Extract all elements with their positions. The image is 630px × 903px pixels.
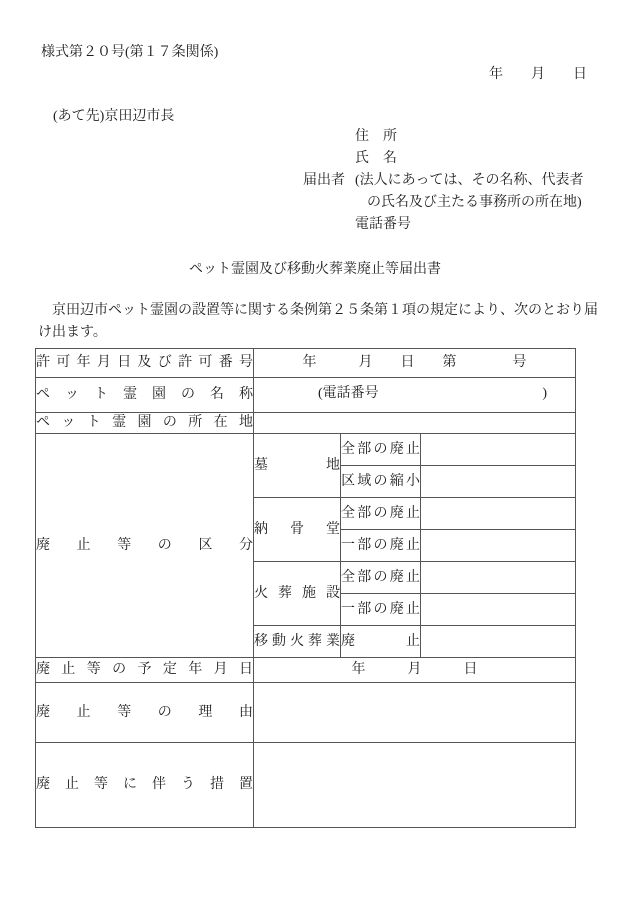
category-group-crematory-cell: 火 葬 施 設 <box>254 562 341 626</box>
cemetery-location-label-cell: ペ ッ ト 霊 園 の 所 在 地 <box>36 413 254 434</box>
date-line: 年 月 日 <box>489 66 587 84</box>
table-row-reason: 廃 止 等 の 理 由 <box>36 683 576 743</box>
declarant-name-line: 氏 名 <box>355 148 584 170</box>
measures-label-cell: 廃 止 等 に 伴 う 措 置 <box>36 743 254 828</box>
phone-open-text: (電話番号 <box>318 385 379 403</box>
cemetery-name-label-cell: ペ ッ ト 霊 園 の 名 称 <box>36 378 254 413</box>
table-row-scheduled-date: 廃 止 等 の 予 定 年 月 日 年 月 日 <box>36 658 576 683</box>
declarant-note-line-1: (法人にあっては、その名称、代表者 <box>355 170 584 192</box>
declarant-phone-line: 電話番号 <box>355 214 584 236</box>
table-row-cemetery-name: ペ ッ ト 霊 園 の 名 称 (電話番号 ) <box>36 378 576 413</box>
category-label-cell: 廃 止 等 の 区 分 <box>36 434 254 658</box>
phone-close-text: ) <box>542 385 547 403</box>
reason-label-cell: 廃 止 等 の 理 由 <box>36 683 254 743</box>
category-blank-cell-2 <box>421 466 576 498</box>
category-item-grave-full-cell: 全部の廃止 <box>341 434 421 466</box>
intro-paragraph: 京田辺市ペット霊園の設置等に関する条例第２５条第１項の規定により、次のとおり届 … <box>38 300 590 344</box>
category-blank-cell-4 <box>421 530 576 562</box>
declarant-note-line-2: の氏名及び主たる事務所の所在地) <box>367 192 584 214</box>
category-blank-cell-1 <box>421 434 576 466</box>
notification-table: 許 可 年 月 日 及 び 許 可 番 号 年 月 日 第 号 ペ ッ ト 霊 … <box>35 348 576 828</box>
intro-line-2: け出ます。 <box>38 322 590 344</box>
addressee: (あて先)京田辺市長 <box>53 108 174 126</box>
category-item-charnel-full-cell: 全部の廃止 <box>341 498 421 530</box>
table-row-permit: 許 可 年 月 日 及 び 許 可 番 号 年 月 日 第 号 <box>36 349 576 378</box>
category-blank-cell-7 <box>421 626 576 658</box>
category-group-charnel-cell: 納 骨 堂 <box>254 498 341 562</box>
scheduled-date-value-cell: 年 月 日 <box>254 658 576 683</box>
cemetery-location-value-cell <box>254 413 576 434</box>
document-page: 様式第２０号(第１７条関係) 年 月 日 (あて先)京田辺市長 届出者 住 所 … <box>0 0 630 903</box>
intro-line-1: 京田辺市ペット霊園の設置等に関する条例第２５条第１項の規定により、次のとおり届 <box>38 300 590 322</box>
cemetery-name-value-cell: (電話番号 ) <box>254 378 576 413</box>
measures-value-cell <box>254 743 576 828</box>
table-row-measures: 廃 止 等 に 伴 う 措 置 <box>36 743 576 828</box>
scheduled-date-label-cell: 廃 止 等 の 予 定 年 月 日 <box>36 658 254 683</box>
form-number: 様式第２０号(第１７条関係) <box>41 44 218 62</box>
phone-number-row: (電話番号 ) <box>254 385 575 405</box>
table-row-cemetery-location: ペ ッ ト 霊 園 の 所 在 地 <box>36 413 576 434</box>
category-blank-cell-3 <box>421 498 576 530</box>
declarant-lines: 住 所 氏 名 (法人にあっては、その名称、代表者 の氏名及び主たる事務所の所在… <box>303 126 584 236</box>
permit-value-cell: 年 月 日 第 号 <box>254 349 576 378</box>
category-item-crematory-full-cell: 全部の廃止 <box>341 562 421 594</box>
document-title: ペット霊園及び移動火葬業廃止等届出書 <box>0 260 630 280</box>
declarant-label: 届出者 <box>303 170 345 192</box>
reason-value-cell <box>254 683 576 743</box>
category-blank-cell-6 <box>421 594 576 626</box>
category-blank-cell-5 <box>421 562 576 594</box>
permit-label-cell: 許 可 年 月 日 及 び 許 可 番 号 <box>36 349 254 378</box>
table-row-category-1: 廃 止 等 の 区 分 墓 地 全部の廃止 <box>36 434 576 466</box>
declarant-address-line: 住 所 <box>355 126 584 148</box>
category-item-crematory-partial-cell: 一部の廃止 <box>341 594 421 626</box>
category-item-charnel-partial-cell: 一部の廃止 <box>341 530 421 562</box>
category-group-grave-cell: 墓 地 <box>254 434 341 498</box>
category-item-mobile-abolish-cell: 廃 止 <box>341 626 421 658</box>
category-item-grave-reduce-cell: 区域の縮小 <box>341 466 421 498</box>
category-group-mobile-cell: 移動火葬業 <box>254 626 341 658</box>
declarant-block: 届出者 住 所 氏 名 (法人にあっては、その名称、代表者 の氏名及び主たる事務… <box>303 126 584 236</box>
